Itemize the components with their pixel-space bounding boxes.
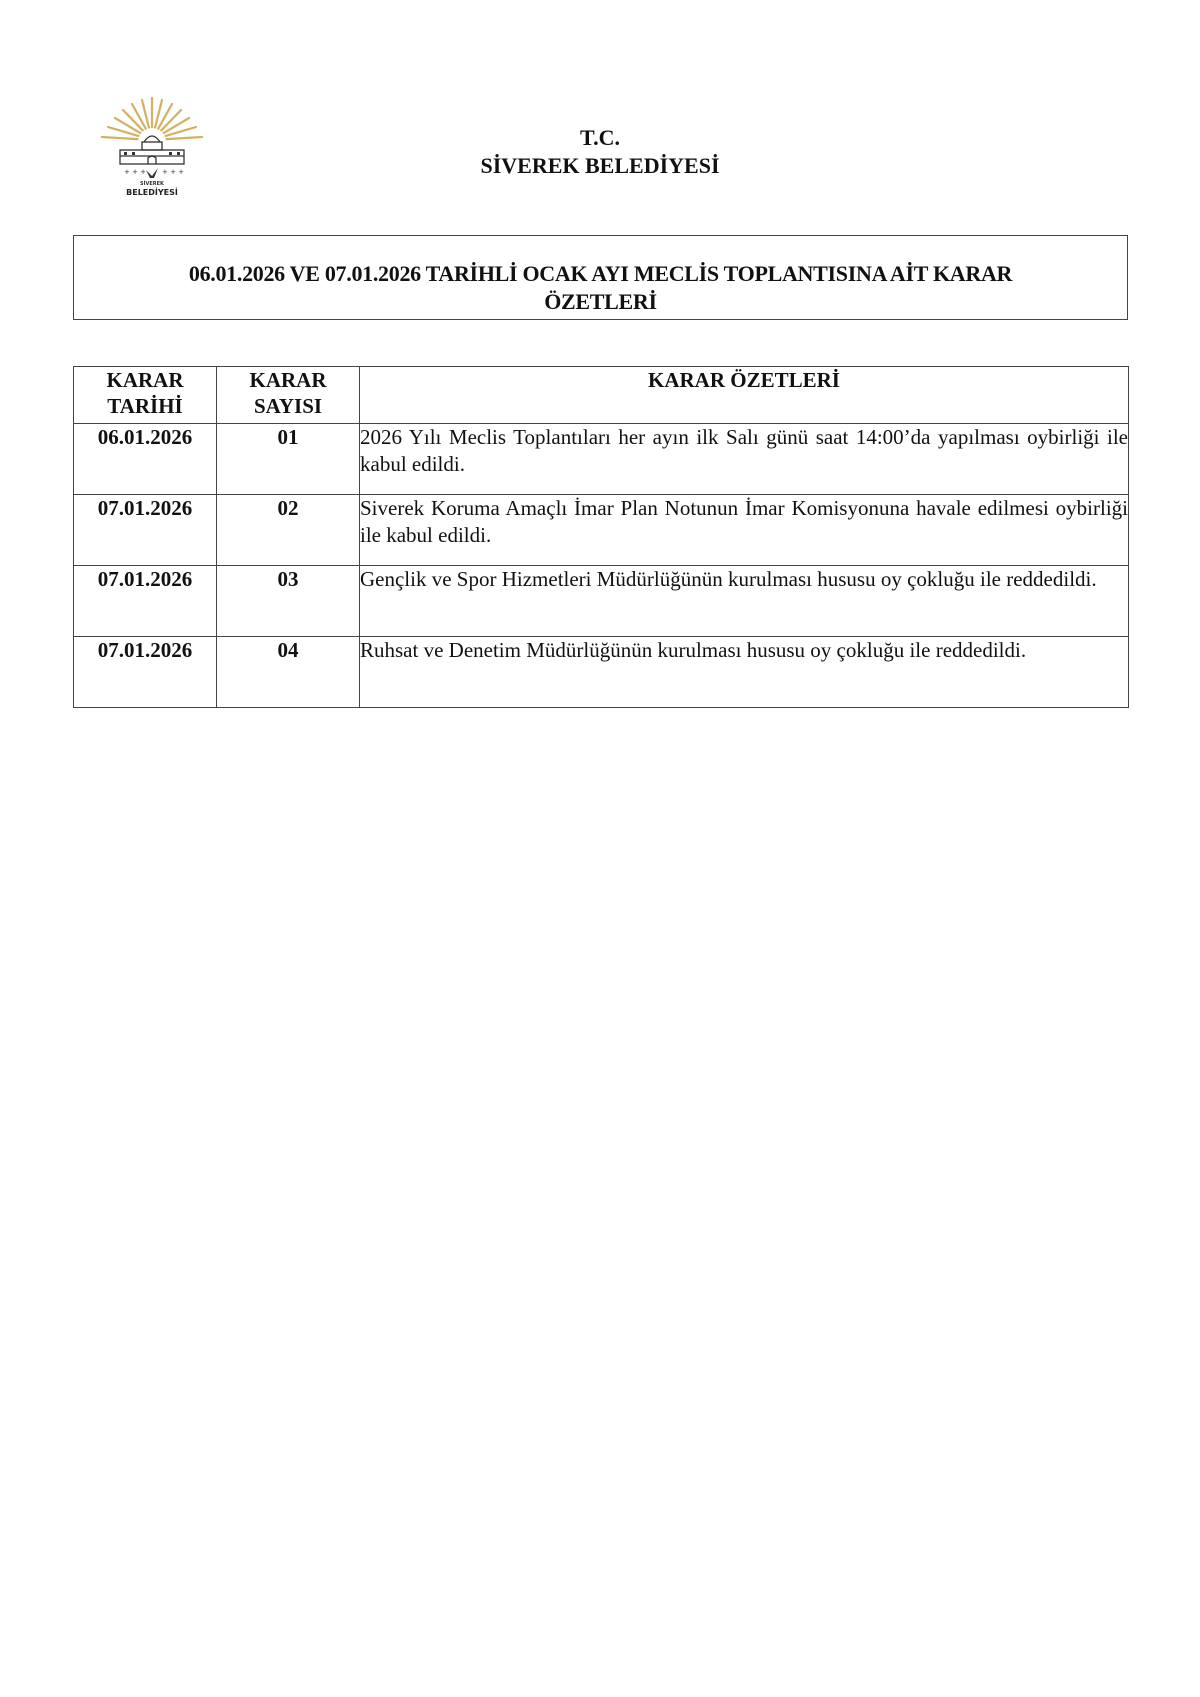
- municipality-logo-icon: + + + + + + SİVEREK BELEDİYESİ: [92, 92, 212, 204]
- column-header-decision-number: KARAR SAYISI: [217, 367, 360, 424]
- decisions-table: KARAR TARİHİ KARAR SAYISI KARAR ÖZETLERİ…: [73, 366, 1129, 708]
- decision-number: 02: [217, 495, 360, 566]
- column-header-decision-summary: KARAR ÖZETLERİ: [360, 367, 1129, 424]
- table-row: 07.01.2026 02 Siverek Koruma Amaçlı İmar…: [74, 495, 1129, 566]
- table-row: 07.01.2026 03 Gençlik ve Spor Hizmetleri…: [74, 566, 1129, 637]
- svg-text:SİVEREK: SİVEREK: [140, 180, 165, 187]
- document-title-line-1: 06.01.2026 VE 07.01.2026 TARİHLİ OCAK AY…: [189, 260, 1012, 288]
- table-header-row: KARAR TARİHİ KARAR SAYISI KARAR ÖZETLERİ: [74, 367, 1129, 424]
- decision-summary: 2026 Yılı Meclis Toplantıları her ayın i…: [360, 424, 1129, 495]
- decision-date: 07.01.2026: [74, 637, 217, 708]
- document-title-box: 06.01.2026 VE 07.01.2026 TARİHLİ OCAK AY…: [73, 235, 1128, 320]
- document-title-line-2: ÖZETLERİ: [189, 288, 1012, 316]
- decision-date: 07.01.2026: [74, 566, 217, 637]
- decision-number: 04: [217, 637, 360, 708]
- document-title: 06.01.2026 VE 07.01.2026 TARİHLİ OCAK AY…: [189, 260, 1012, 316]
- letterhead: T.C. SİVEREK BELEDİYESİ: [400, 124, 800, 180]
- municipality-logo: + + + + + + SİVEREK BELEDİYESİ: [92, 92, 212, 204]
- svg-text:BELEDİYESİ: BELEDİYESİ: [126, 187, 178, 197]
- column-header-decision-date: KARAR TARİHİ: [74, 367, 217, 424]
- table-row: 06.01.2026 01 2026 Yılı Meclis Toplantıl…: [74, 424, 1129, 495]
- decision-summary: Ruhsat ve Denetim Müdürlüğünün kurulması…: [360, 637, 1129, 708]
- decision-summary: Siverek Koruma Amaçlı İmar Plan Notunun …: [360, 495, 1129, 566]
- decision-summary: Gençlik ve Spor Hizmetleri Müdürlüğünün …: [360, 566, 1129, 637]
- letterhead-line-municipality: SİVEREK BELEDİYESİ: [400, 152, 800, 180]
- svg-text:+ + +: + + +: [162, 168, 184, 176]
- decision-date: 06.01.2026: [74, 424, 217, 495]
- table-row: 07.01.2026 04 Ruhsat ve Denetim Müdürlüğ…: [74, 637, 1129, 708]
- letterhead-line-tc: T.C.: [400, 124, 800, 152]
- svg-text:+ + +: + + +: [124, 168, 146, 176]
- decision-date: 07.01.2026: [74, 495, 217, 566]
- decision-number: 01: [217, 424, 360, 495]
- decision-number: 03: [217, 566, 360, 637]
